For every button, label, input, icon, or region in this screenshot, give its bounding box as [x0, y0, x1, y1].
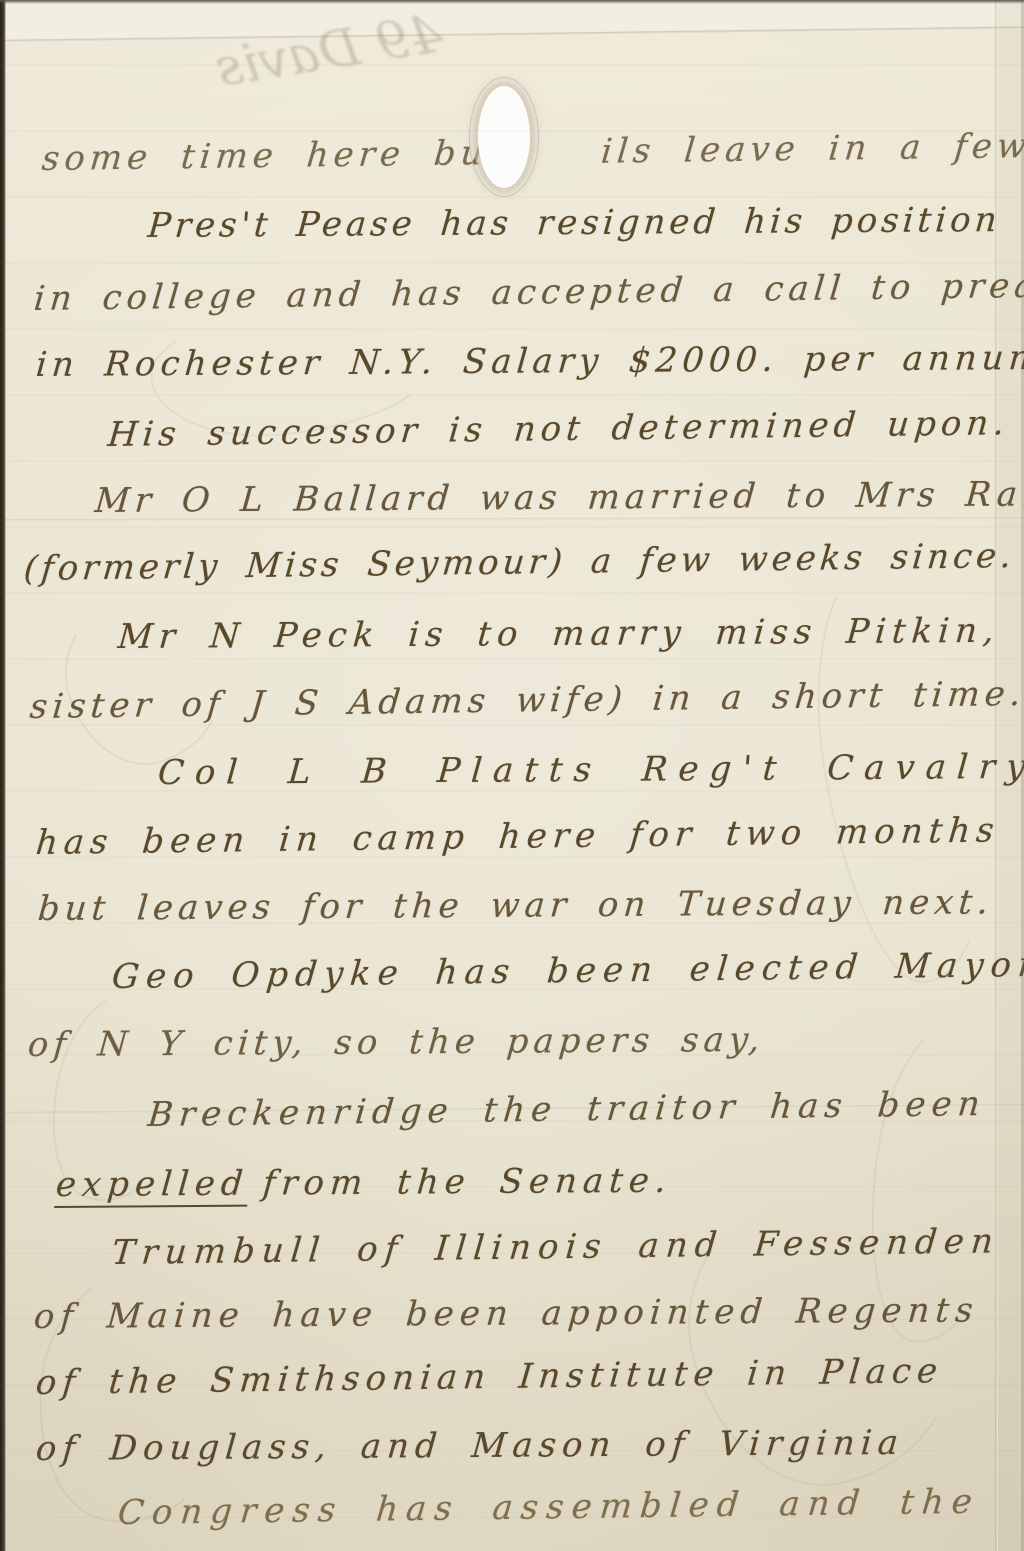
handwriting-line: Mr N Peck is to marry miss Pitkin, (a [116, 609, 1024, 658]
handwriting-segment: in Rochester N.Y. Salary $2000. per annu… [34, 338, 1024, 385]
handwriting-line: in Rochester N.Y. Salary $2000. per annu… [34, 337, 1024, 387]
handwriting-line: of the Smithsonian Institute in Place [34, 1350, 945, 1404]
bleedthrough-inscription: 49 Davis [82, 6, 447, 119]
handwriting-line: but leaves for the war on Tuesday next. [36, 881, 994, 930]
handwriting-line: of Douglass, and Mason of Virginia [34, 1422, 905, 1471]
handwriting-segment: sister of J S Adams wife) in a short tim… [28, 674, 1024, 727]
handwriting-line: Pres't Pease has resigned his position [146, 199, 1002, 247]
handwriting-segment: (formerly Miss Seymour) a few weeks sinc… [22, 536, 1017, 589]
fold-flap-highlight [0, 0, 1024, 39]
handwriting-segment: Mr O L Ballard was married to Mrs Randal… [93, 474, 1024, 521]
handwriting-line: of N Y city, so the papers say, [26, 1019, 766, 1067]
handwriting-line: (formerly Miss Seymour) a few weeks sinc… [22, 535, 1017, 591]
handwriting-line: Breckenridge the traitor has been [146, 1083, 988, 1137]
handwriting-line: sister of J S Adams wife) in a short tim… [28, 673, 1024, 729]
handwriting-line: of Maine have been appointed Regents [32, 1289, 980, 1338]
handwriting-segment: of Douglass, and Mason of Virginia [34, 1423, 905, 1469]
handwriting-line: Geo Opdyke has been elected Mayor [110, 944, 1024, 999]
handwriting-line: in college and has accepted a call to pr… [32, 264, 1024, 320]
handwriting-segment: expelled [54, 1164, 250, 1208]
handwriting-segment: of Maine have been appointed Regents [32, 1290, 980, 1337]
handwriting-line: Col L B Platts Reg't Cavalry [156, 746, 1024, 795]
handwriting-segment: ils leave in a few days. [599, 124, 1024, 172]
scan-edge-top [0, 0, 1024, 4]
letter-page: 49 Davis some time here butils leave in … [0, 0, 1024, 1551]
handwriting-line: has been in camp here for two months [34, 809, 1002, 864]
punch-hole [478, 86, 530, 188]
scan-edge-left [0, 0, 6, 1551]
handwriting-segment: Mr N Peck is to marry miss Pitkin, (a [116, 610, 1024, 657]
handwriting-segment: in college and has accepted a call to pr… [32, 265, 1024, 319]
handwriting-segment: Pres't Pease has resigned his position [146, 200, 1002, 246]
handwriting-segment: Col L B Platts Reg't Cavalry [156, 747, 1024, 793]
handwriting-segment: but leaves for the war on Tuesday next. [36, 882, 994, 929]
handwriting-segment: His successor is not determined upon. [106, 403, 1011, 455]
handwriting-line: Mr O L Ballard was married to Mrs Randal… [93, 473, 1024, 523]
handwriting-line: expelledfrom the Senate. [54, 1160, 673, 1207]
handwriting-segment: Geo Opdyke has been elected Mayor [110, 945, 1024, 997]
fold-crease-top [0, 26, 1024, 43]
handwriting-line: Trumbull of Illinois and Fessenden [110, 1220, 1002, 1274]
handwriting-segment: some time here but [40, 133, 508, 179]
handwriting-segment: of the Smithsonian Institute in Place [34, 1351, 945, 1403]
handwriting-segment: Trumbull of Illinois and Fessenden [110, 1221, 1002, 1273]
handwriting-line: Congress has assembled and the [116, 1481, 982, 1535]
handwriting-segment: has been in camp here for two months [34, 810, 1001, 863]
handwriting-segment: from the Senate. [261, 1161, 673, 1204]
handwriting-segment: Congress has assembled and the [116, 1482, 982, 1533]
handwriting-segment: Breckenridge the traitor has been [146, 1084, 987, 1135]
handwriting-line: His successor is not determined upon. [106, 402, 1011, 456]
handwriting-segment: of N Y city, so the papers say, [26, 1020, 766, 1065]
